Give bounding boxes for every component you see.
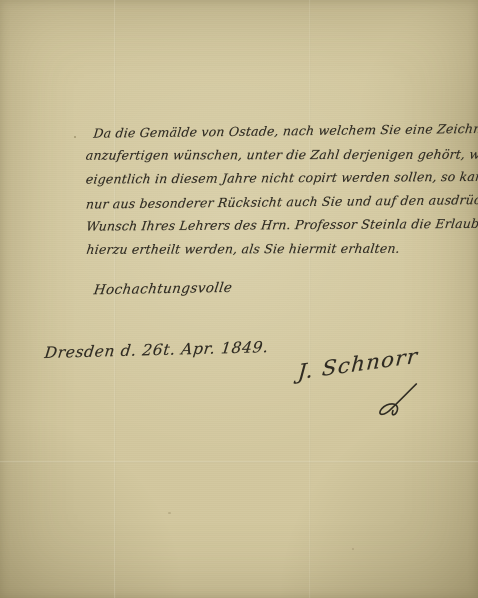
- paper-speck: [168, 512, 171, 514]
- handwritten-line: anzufertigen wünschen, unter die Zahl de…: [84, 142, 478, 167]
- handwritten-line: eigentlich in diesem Jahre nicht copirt …: [85, 164, 478, 191]
- letter-page: Da die Gemälde von Ostade, nach welchem …: [0, 0, 478, 598]
- fold-line-vertical-left: [114, 0, 116, 598]
- paper-speck: [74, 136, 76, 138]
- signature: J. Schnorr: [297, 344, 419, 384]
- handwritten-line: hierzu ertheilt werden, als Sie hiermit …: [85, 236, 478, 261]
- letter-body: Da die Gemälde von Ostade, nach welchem …: [86, 117, 478, 261]
- closing-salutation: Hochachtungsvolle: [93, 280, 234, 298]
- signature-flourish: [370, 381, 425, 420]
- handwritten-line: Wunsch Ihres Lehrers des Hrn. Professor …: [85, 211, 478, 238]
- dateline: Dresden d. 26t. Apr. 1849.: [44, 338, 270, 362]
- fold-line-vertical-right: [309, 0, 311, 598]
- handwritten-line: Da die Gemälde von Ostade, nach welchem …: [84, 116, 478, 145]
- fold-line-horizontal: [0, 461, 478, 463]
- paper-speck: [352, 548, 354, 550]
